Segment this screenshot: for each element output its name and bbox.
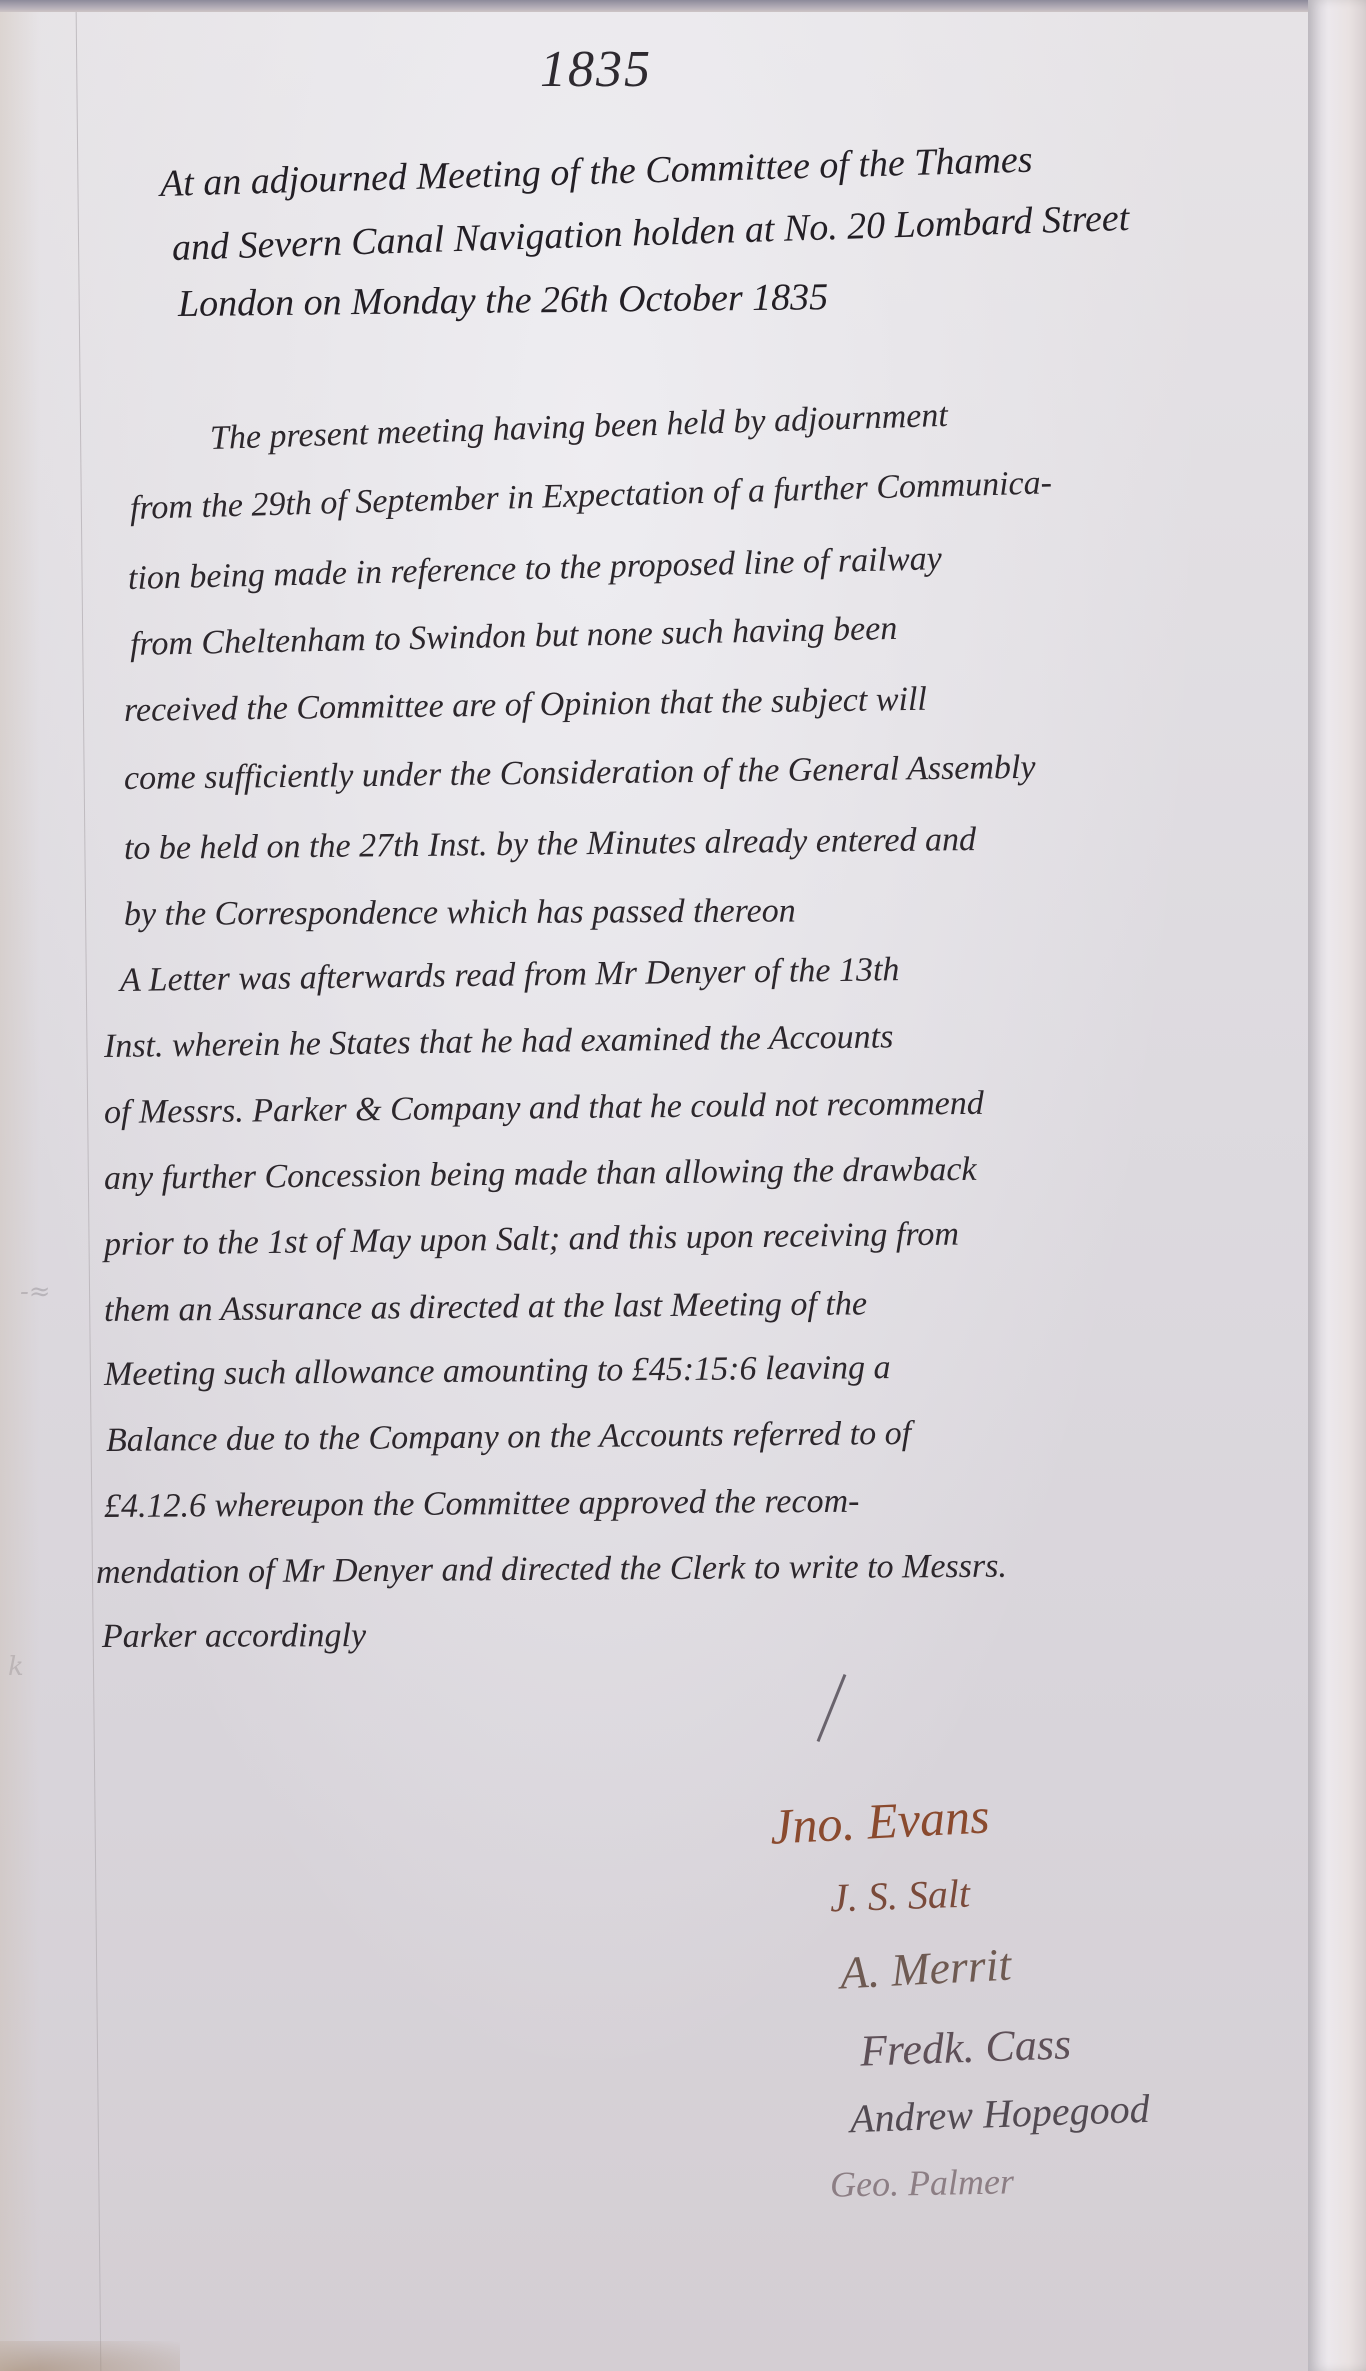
margin-rule: [76, 12, 102, 2371]
bottom-stain: [0, 2341, 180, 2371]
paragraph-line: them an Assurance as directed at the las…: [104, 1285, 867, 1330]
year-heading: 1835: [540, 40, 652, 99]
signature: Fredk. Cass: [859, 2018, 1072, 2076]
paragraph-line: mendation of Mr Denyer and directed the …: [96, 1548, 1007, 1592]
adjacent-page-edge: [1308, 0, 1366, 2371]
paragraph-line: £4.12.6 whereupon the Committee approved…: [104, 1483, 860, 1526]
paragraph-line: by the Correspondence which has passed t…: [124, 892, 796, 934]
margin-mark: -≈: [20, 1277, 51, 1307]
signature: Jno. Evans: [769, 1786, 991, 1855]
paragraph-line: from Cheltenham to Swindon but none such…: [130, 610, 898, 664]
signature: J. S. Salt: [829, 1870, 971, 1922]
paragraph-line: any further Concession being made than a…: [104, 1151, 977, 1198]
signature: Andrew Hopegood: [849, 2085, 1150, 2142]
paragraph-line: tion being made in reference to the prop…: [128, 540, 943, 598]
paragraph-line: to be held on the 27th Inst. by the Minu…: [124, 821, 976, 868]
signature: A. Merrit: [839, 1938, 1013, 2000]
paragraph-line: of Messrs. Parker & Company and that he …: [104, 1085, 984, 1132]
paragraph-line: Balance due to the Company on the Accoun…: [106, 1415, 911, 1460]
paragraph-line: Meeting such allowance amounting to £45:…: [104, 1349, 891, 1394]
manuscript-page: -≈ k 1835 At an adjourned Meeting of the…: [0, 12, 1310, 2371]
paragraph-line: received the Committee are of Opinion th…: [124, 681, 927, 730]
margin-mark: k: [8, 1652, 24, 1682]
paragraph-line: A Letter was afterwards read from Mr Den…: [120, 951, 900, 1000]
paragraph-line: prior to the 1st of May upon Salt; and t…: [104, 1216, 959, 1264]
heading-line: and Severn Canal Navigation holden at No…: [171, 196, 1130, 270]
paragraph-line: Inst. wherein he States that he had exam…: [104, 1018, 894, 1066]
signature: Geo. Palmer: [830, 2160, 1015, 2205]
signatures-block: Jno. Evans J. S. Salt A. Merrit Fredk. C…: [770, 1652, 1290, 2272]
heading-line: London on Monday the 26th October 1835: [178, 275, 829, 326]
paragraph-line: come sufficiently under the Consideratio…: [124, 749, 1036, 798]
paragraph-line: The present meeting having been held by …: [209, 397, 948, 458]
paragraph-line: from the 29th of September in Expectatio…: [129, 464, 1052, 528]
paragraph-line: Parker accordingly: [102, 1617, 366, 1656]
heading-line: At an adjourned Meeting of the Committee…: [159, 138, 1033, 206]
